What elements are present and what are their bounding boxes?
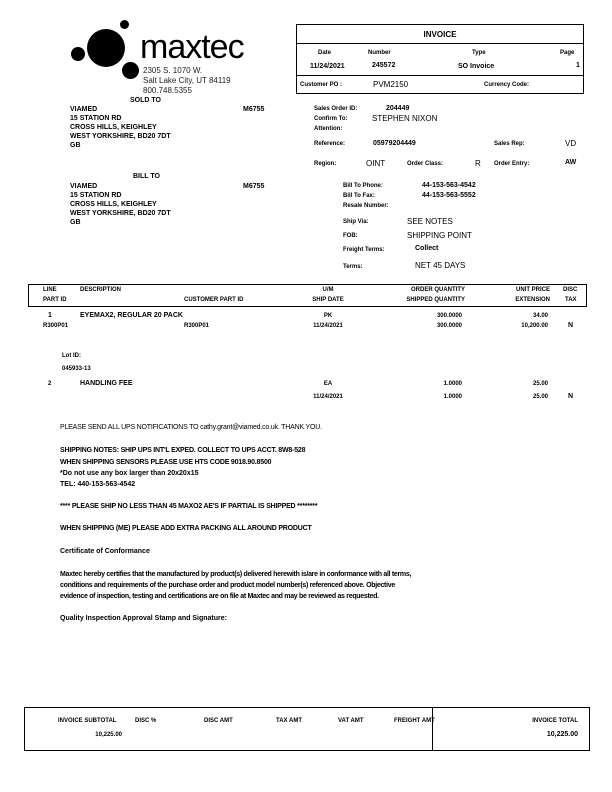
sold-to-heading: SOLD TO xyxy=(130,97,161,104)
page-number: 1 xyxy=(576,62,580,69)
logo-large-circle-icon xyxy=(87,29,125,67)
col-shipped-quantity: SHIPPED QUANTITY xyxy=(380,297,465,303)
bill-to-line: 15 STATION RD xyxy=(70,192,121,199)
sales-rep: VD xyxy=(565,139,576,148)
sales-order-id: 204449 xyxy=(386,105,409,112)
bill-to-name: VIAMED xyxy=(70,183,97,190)
order-class-label: Order Class: xyxy=(407,161,443,167)
bill-to-account: M6755 xyxy=(243,183,264,190)
sold-to-line: 15 STATION RD xyxy=(70,115,121,122)
region: OINT xyxy=(366,159,385,168)
col-tax: TAX xyxy=(565,297,577,303)
confirm-to: STEPHEN NIXON xyxy=(372,114,437,123)
item-tax: N xyxy=(568,322,573,329)
note-line: evidence of inspection, testing and cert… xyxy=(60,593,379,600)
customer-po: PVM2150 xyxy=(373,80,408,89)
note-line: Certificate of Conformance xyxy=(60,548,150,555)
date-label: Date xyxy=(318,50,331,56)
col-order-quantity: ORDER QUANTITY xyxy=(380,287,465,293)
note-line: WHEN SHIPPING SENSORS PLEASE USE HTS COD… xyxy=(60,459,271,466)
company-address-line2: Salt Lake City, UT 84119 xyxy=(143,76,231,85)
fob: SHIPPING POINT xyxy=(407,231,472,240)
item-part-id: R300P01 xyxy=(43,323,68,329)
note-line: Maxtec hereby certifies that the manufac… xyxy=(60,571,411,578)
item-ship-date: 11/24/2021 xyxy=(306,323,350,329)
resale-number-label: Resale Number: xyxy=(343,203,389,209)
item-order-quantity: 1.0000 xyxy=(380,381,462,387)
sales-order-id-label: Sales Order ID: xyxy=(314,106,357,112)
freight-amt-label: FREIGHT AMT xyxy=(394,718,435,724)
col-ship-date: SHIP DATE xyxy=(306,297,350,303)
currency-code-label: Currency Code: xyxy=(484,82,529,88)
col-um: U/M xyxy=(306,287,350,293)
totals-box xyxy=(24,707,590,751)
vat-amt-label: VAT AMT xyxy=(338,718,364,724)
attention-label: Attention: xyxy=(314,126,342,132)
invoice-type: SO Invoice xyxy=(458,63,494,70)
item-lot-label: Lot ID: xyxy=(62,353,81,359)
col-line: LINE xyxy=(43,287,57,293)
bill-to-phone-label: Bill To Phone: xyxy=(343,183,383,189)
bill-to-fax: 44-153-563-5552 xyxy=(422,192,476,199)
item-extension: 10,200.00 xyxy=(500,323,548,329)
invoice-total-label: INVOICE TOTAL xyxy=(500,718,578,724)
invoice-total: 10,225.00 xyxy=(500,731,578,738)
bill-to-fax-label: Bill To Fax: xyxy=(343,193,375,199)
freight-terms-label: Freight Terms: xyxy=(343,247,385,253)
divider xyxy=(296,75,584,76)
item-ship-date: 11/24/2021 xyxy=(306,394,350,400)
sold-to-line: WEST YORKSHIRE, BD20 7DT xyxy=(70,133,171,140)
bill-to-line: CROSS HILLS, KEIGHLEY xyxy=(70,201,157,208)
reference-label: Reference: xyxy=(314,141,345,147)
company-wordmark: maxtec xyxy=(140,28,244,67)
order-class: R xyxy=(475,159,481,168)
number-label: Number xyxy=(368,50,391,56)
invoice-title: INVOICE xyxy=(296,30,584,39)
company-address-line1: 2305 S. 1070 W. xyxy=(143,66,202,75)
sales-rep-label: Sales Rep: xyxy=(494,141,525,147)
type-label: Type xyxy=(472,50,486,56)
note-line: Quality Inspection Approval Stamp and Si… xyxy=(60,615,227,622)
item-shipped-quantity: 1.0000 xyxy=(380,394,462,400)
item-um: PK xyxy=(306,313,350,319)
note-line: conditions and requirements of the purch… xyxy=(60,582,395,589)
sold-to-account: M6755 xyxy=(243,106,264,113)
invoice-subtotal: 10,225.00 xyxy=(70,732,122,738)
bill-to-line: WEST YORKSHIRE, BD20 7DT xyxy=(70,210,171,217)
item-description: EYEMAX2, REGULAR 20 PACK xyxy=(80,312,183,319)
logo-bottom-circle-icon xyxy=(122,62,139,79)
note-line: SHIPPING NOTES: SHIP UPS INT'L EXPED. CO… xyxy=(60,447,305,454)
freight-terms: Collect xyxy=(415,245,438,252)
disc-pct-label: DISC % xyxy=(135,718,156,724)
item-shipped-quantity: 300.0000 xyxy=(380,323,462,329)
item-um: EA xyxy=(306,381,350,387)
tax-amt-label: TAX AMT xyxy=(276,718,302,724)
reference: 05979204449 xyxy=(373,140,416,147)
item-description: HANDLING FEE xyxy=(80,380,133,387)
item-extension: 25.00 xyxy=(500,394,548,400)
sold-to-line: CROSS HILLS, KEIGHLEY xyxy=(70,124,157,131)
company-phone: 800.748.5355 xyxy=(143,86,192,95)
note-line: TEL: 440-153-563-4542 xyxy=(60,481,135,488)
bill-to-heading: BILL TO xyxy=(133,173,160,180)
customer-po-label: Customer PO : xyxy=(300,82,342,88)
order-entry-label: Order Entry: xyxy=(494,161,529,167)
invoice-subtotal-label: INVOICE SUBTOTAL xyxy=(58,718,116,724)
col-part-id: PART ID xyxy=(43,297,67,303)
bill-to-phone: 44-153-563-4542 xyxy=(422,182,476,189)
logo-top-circle-icon xyxy=(120,20,129,29)
divider xyxy=(296,43,584,44)
ship-via-label: Ship Via: xyxy=(343,219,369,225)
ship-via: SEE NOTES xyxy=(407,217,453,226)
fob-label: FOB: xyxy=(343,233,358,239)
order-entry: AW xyxy=(565,159,576,166)
item-line: 2 xyxy=(48,381,51,387)
col-customer-part-id: CUSTOMER PART ID xyxy=(184,297,243,303)
disc-amt-label: DISC AMT xyxy=(204,718,233,724)
sold-to-name: VIAMED xyxy=(70,106,97,113)
invoice-date: 11/24/2021 xyxy=(310,63,345,70)
note-line: *Do not use any box larger than 20x20x15 xyxy=(60,470,199,477)
page-label: Page xyxy=(560,50,574,56)
item-lot-id: 045933-13 xyxy=(62,366,91,372)
item-customer-part-id: R300P01 xyxy=(184,323,209,329)
company-logo: maxtec 2305 S. 1070 W. Salt Lake City, U… xyxy=(60,22,290,96)
note-line: WHEN SHIPPING (ME) PLEASE ADD EXTRA PACK… xyxy=(60,525,312,532)
item-order-quantity: 300.0000 xyxy=(380,313,462,319)
terms-label: Terms: xyxy=(343,264,363,270)
item-unit-price: 25.00 xyxy=(500,381,548,387)
col-disc: DISC xyxy=(563,287,577,293)
item-unit-price: 34.00 xyxy=(500,313,548,319)
bill-to-line: GB xyxy=(70,219,81,226)
sold-to-line: GB xyxy=(70,142,81,149)
logo-small-circle-icon xyxy=(71,47,85,61)
terms: NET 45 DAYS xyxy=(415,261,465,270)
note-line: **** PLEASE SHIP NO LESS THAN 45 MAXO2 A… xyxy=(60,503,317,510)
col-description: DESCRIPTION xyxy=(80,287,121,293)
item-line: 1 xyxy=(48,312,52,319)
item-tax: N xyxy=(568,393,573,400)
col-extension: EXTENSION xyxy=(500,297,550,303)
col-unit-price: UNIT PRICE xyxy=(500,287,550,293)
region-label: Region: xyxy=(314,161,336,167)
divider xyxy=(432,707,433,751)
invoice-number: 245572 xyxy=(372,62,395,69)
confirm-to-label: Confirm To: xyxy=(314,116,348,122)
note-line: PLEASE SEND ALL UPS NOTIFICATIONS TO cat… xyxy=(60,424,322,431)
